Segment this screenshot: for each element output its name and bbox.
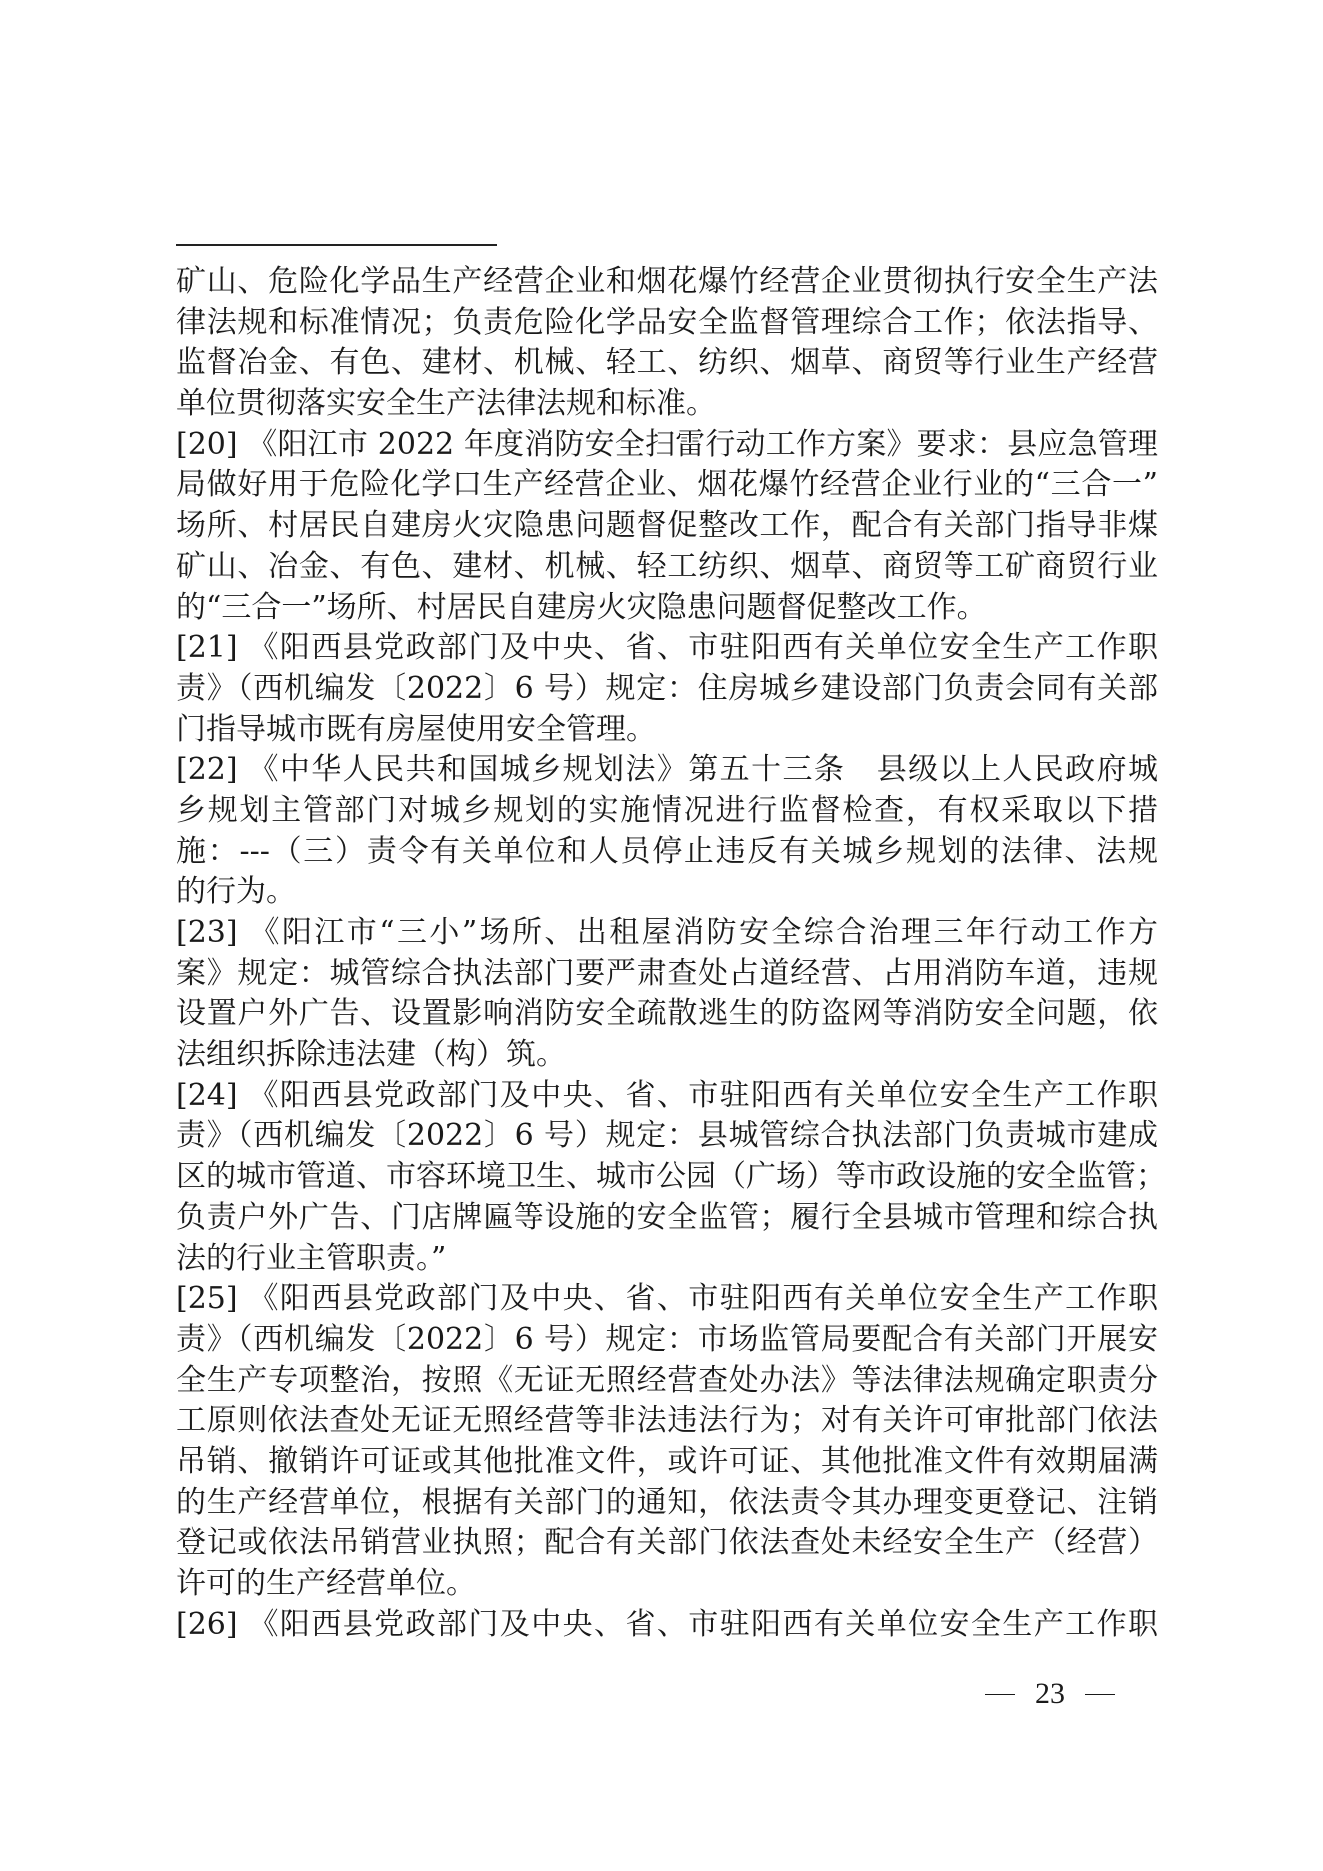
text-line: [20] 《阳江市 2022 年度消防安全扫雷行动工作方案》要求：县应急管理 (176, 425, 1158, 466)
text-line: 的行为。 (176, 872, 1158, 913)
footnote-continuation: 矿山、危险化学品生产经营企业和烟花爆竹经营企业贯彻执行安全生产法 律法规和标准情… (176, 262, 1158, 425)
text-line: 责》（西机编发〔2022〕6 号）规定：市场监管局要配合有关部门开展安 (176, 1320, 1158, 1361)
text-line: 监督冶金、有色、建材、机械、轻工、纺织、烟草、商贸等行业生产经营 (176, 343, 1158, 384)
page-number: 23 (985, 1676, 1115, 1712)
text-line: 施：---（三）责令有关单位和人员停止违反有关城乡规划的法律、法规 (176, 832, 1158, 873)
document-page: 矿山、危险化学品生产经营企业和烟花爆竹经营企业贯彻执行安全生产法 律法规和标准情… (0, 0, 1323, 1871)
footnote-22: [22] 《中华人民共和国城乡规划法》第五十三条 县级以上人民政府城 乡规划主管… (176, 750, 1158, 913)
text-line: 责》（西机编发〔2022〕6 号）规定：住房城乡建设部门负责会同有关部 (176, 669, 1158, 710)
text-line: [26] 《阳西县党政部门及中央、省、市驻阳西有关单位安全生产工作职 (176, 1605, 1158, 1646)
text-line: 的“三合一”场所、村居民自建房火灾隐患问题督促整改工作。 (176, 588, 1158, 629)
text-line: 工原则依法查处无证无照经营等非法违法行为；对有关许可审批部门依法 (176, 1401, 1158, 1442)
text-line: 负责户外广告、门店牌匾等设施的安全监管；履行全县城市管理和综合执 (176, 1198, 1158, 1239)
text-line: 案》规定：城管综合执法部门要严肃查处占道经营、占用消防车道，违规 (176, 954, 1158, 995)
footnote-24: [24] 《阳西县党政部门及中央、省、市驻阳西有关单位安全生产工作职 责》（西机… (176, 1076, 1158, 1279)
text-line: 全生产专项整治，按照《无证无照经营查处办法》等法律法规确定职责分 (176, 1361, 1158, 1402)
text-line: [21] 《阳西县党政部门及中央、省、市驻阳西有关单位安全生产工作职 (176, 628, 1158, 669)
page-number-dash-right (1085, 1694, 1115, 1695)
text-line: 门指导城市既有房屋使用安全管理。 (176, 710, 1158, 751)
footnotes-body: 矿山、危险化学品生产经营企业和烟花爆竹经营企业贯彻执行安全生产法 律法规和标准情… (176, 262, 1158, 1645)
text-line: [24] 《阳西县党政部门及中央、省、市驻阳西有关单位安全生产工作职 (176, 1076, 1158, 1117)
text-line: 律法规和标准情况；负责危险化学品安全监督管理综合工作；依法指导、 (176, 303, 1158, 344)
footnote-separator-rule (176, 244, 497, 246)
text-line: [22] 《中华人民共和国城乡规划法》第五十三条 县级以上人民政府城 (176, 750, 1158, 791)
footnote-26: [26] 《阳西县党政部门及中央、省、市驻阳西有关单位安全生产工作职 (176, 1605, 1158, 1646)
page-number-value: 23 (1035, 1677, 1065, 1711)
footnote-21: [21] 《阳西县党政部门及中央、省、市驻阳西有关单位安全生产工作职 责》（西机… (176, 628, 1158, 750)
text-line: 登记或依法吊销营业执照；配合有关部门依法查处未经安全生产（经营） (176, 1523, 1158, 1564)
text-line: 局做好用于危险化学口生产经营企业、烟花爆竹经营企业行业的“三合一” (176, 465, 1158, 506)
text-line: 区的城市管道、市容环境卫生、城市公园（广场）等市政设施的安全监管； (176, 1157, 1158, 1198)
text-line: 场所、村居民自建房火灾隐患问题督促整改工作，配合有关部门指导非煤 (176, 506, 1158, 547)
text-line: [23] 《阳江市“三小”场所、出租屋消防安全综合治理三年行动工作方 (176, 913, 1158, 954)
text-line: 法组织拆除违法建（构）筑。 (176, 1035, 1158, 1076)
text-line: 法的行业主管职责。” (176, 1239, 1158, 1280)
text-line: 设置户外广告、设置影响消防安全疏散逃生的防盗网等消防安全问题，依 (176, 994, 1158, 1035)
text-line: 吊销、撤销许可证或其他批准文件，或许可证、其他批准文件有效期届满 (176, 1442, 1158, 1483)
footnote-23: [23] 《阳江市“三小”场所、出租屋消防安全综合治理三年行动工作方 案》规定：… (176, 913, 1158, 1076)
text-line: [25] 《阳西县党政部门及中央、省、市驻阳西有关单位安全生产工作职 (176, 1279, 1158, 1320)
text-line: 矿山、冶金、有色、建材、机械、轻工纺织、烟草、商贸等工矿商贸行业 (176, 547, 1158, 588)
text-line: 乡规划主管部门对城乡规划的实施情况进行监督检查，有权采取以下措 (176, 791, 1158, 832)
text-line: 的生产经营单位，根据有关部门的通知，依法责令其办理变更登记、注销 (176, 1483, 1158, 1524)
text-line: 单位贯彻落实安全生产法律法规和标准。 (176, 384, 1158, 425)
text-line: 许可的生产经营单位。 (176, 1564, 1158, 1605)
text-line: 矿山、危险化学品生产经营企业和烟花爆竹经营企业贯彻执行安全生产法 (176, 262, 1158, 303)
footnote-20: [20] 《阳江市 2022 年度消防安全扫雷行动工作方案》要求：县应急管理 局… (176, 425, 1158, 628)
text-line: 责》（西机编发〔2022〕6 号）规定：县城管综合执法部门负责城市建成 (176, 1116, 1158, 1157)
footnote-25: [25] 《阳西县党政部门及中央、省、市驻阳西有关单位安全生产工作职 责》（西机… (176, 1279, 1158, 1605)
page-number-dash-left (985, 1694, 1015, 1695)
